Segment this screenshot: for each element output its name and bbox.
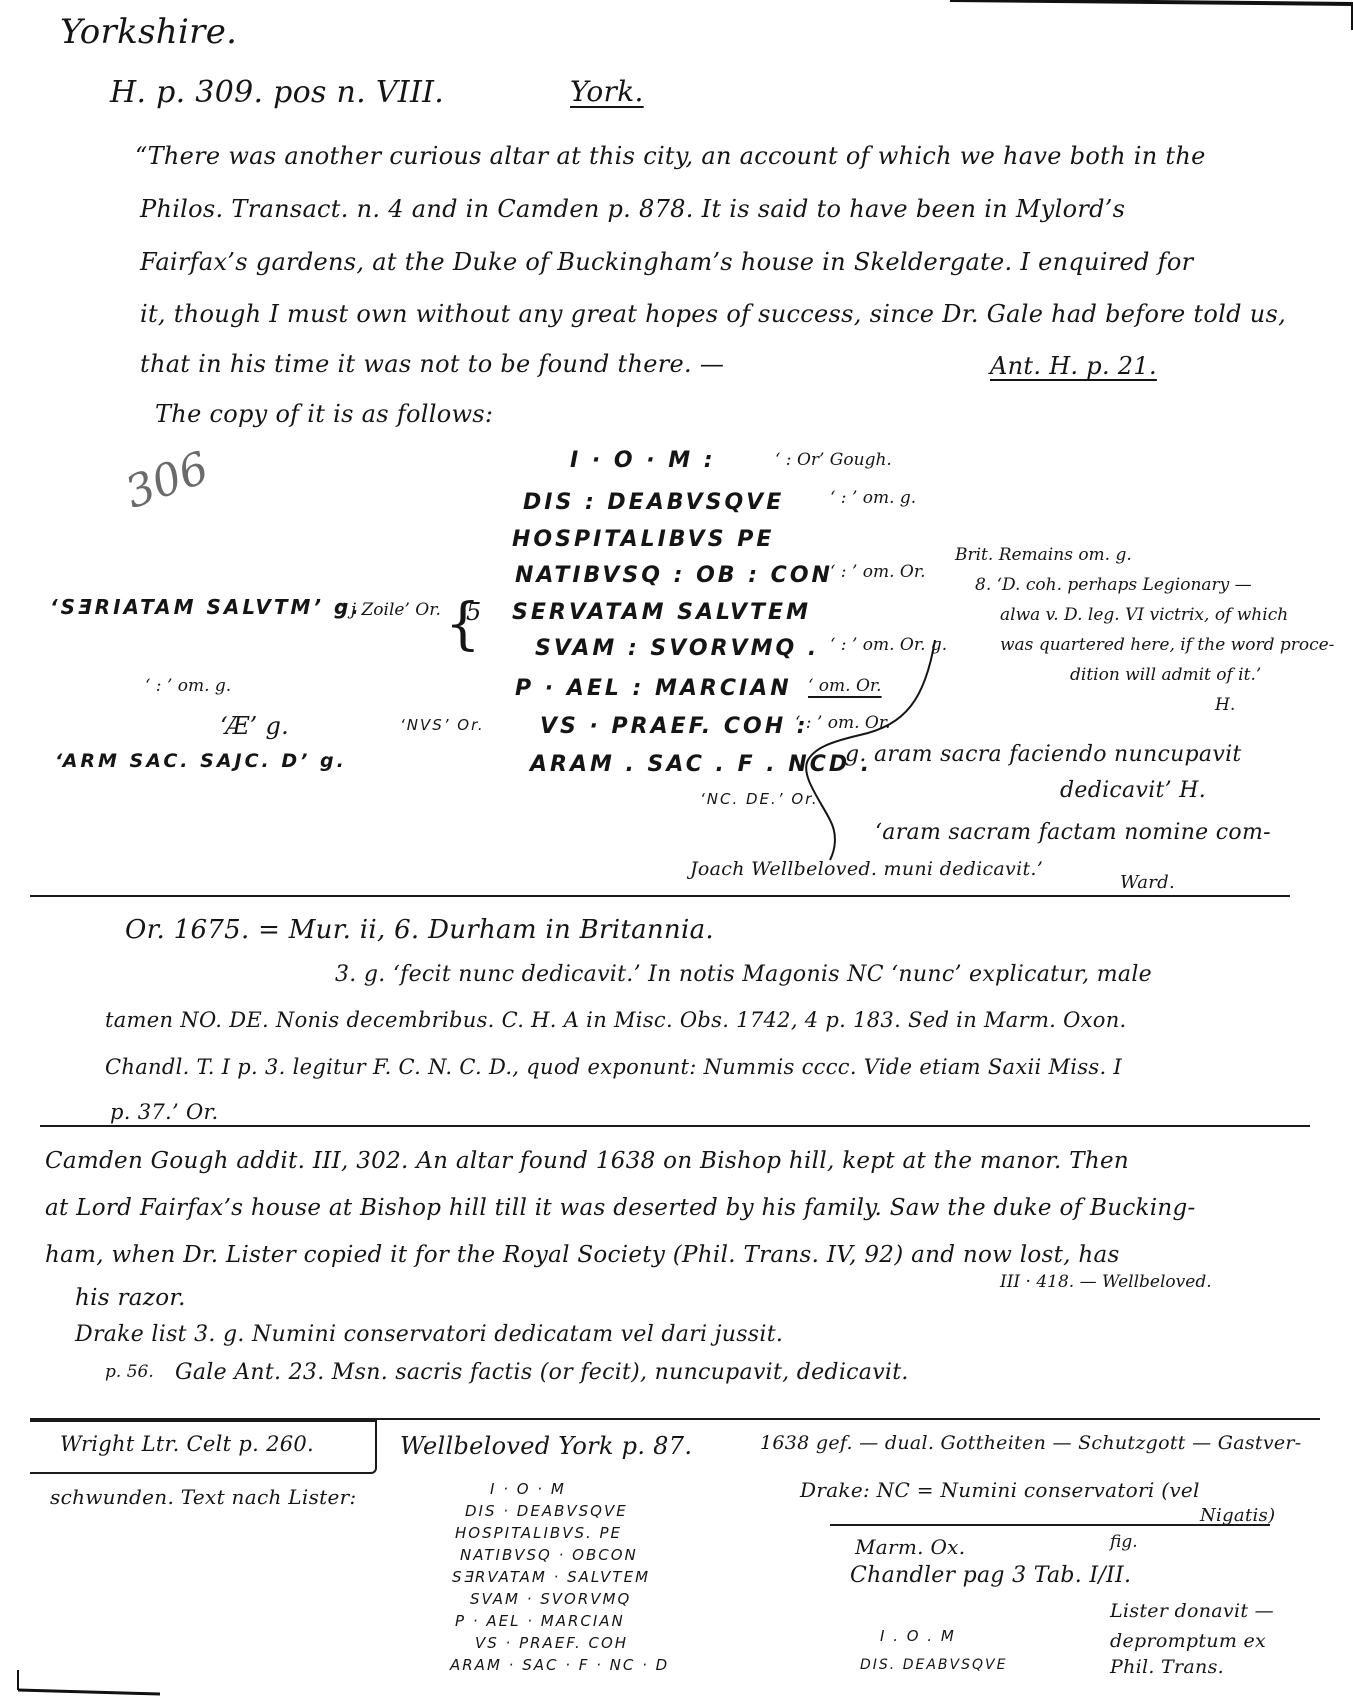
variant-servatam: ‘SƎRIATAM SALVTM’ g. [50,595,362,619]
inscription-line-4: NATIBVSQ : OB : CON [515,563,833,588]
annot-line-7: ‘ om. Or. [808,676,882,696]
lister-inscription-4: NATIBVSQ · OBCON [460,1546,638,1564]
chandler-ref: Chandler pag 3 Tab. I/II. [850,1563,1131,1588]
or-heading: Or. 1675. = Mur. ii, 6. Durham in Britan… [125,915,714,945]
lister-note-2: depromptum ex [1110,1630,1266,1652]
inscription-line-5: SERVATAM SALVTEM [512,600,811,625]
margin-note-6: H. [1215,695,1235,715]
annot-line-8: ‘ : ’ om. Or. [795,713,891,733]
reading-h-2: dedicavit’ H. [1060,778,1206,803]
annot-line-4: ‘ : ’ om. Or. [830,562,926,582]
quote-source: Ant. H. p. 21. [990,352,1157,380]
margin-note-5: dition will admit of it.’ [1070,665,1261,685]
divider-2 [40,1125,1310,1127]
camden-sub-note: III · 418. — Wellbeloved. [1000,1272,1212,1292]
variant-ae-g: ‘Æ’ g. [220,712,289,740]
wright-box [30,1420,377,1474]
county-heading: Yorkshire. [60,12,237,52]
note-1638: 1638 gef. — dual. Gottheiten — Schutzgot… [760,1432,1302,1454]
lister-inscription-2: DIS · DEABVSQVE [465,1502,628,1520]
quote-line-2: Philos. Transact. n. 4 and in Camden p. … [140,195,1125,223]
lister-note-1: Lister donavit — [1110,1600,1274,1622]
inscription-line-3: HOSPITALIBVS PE [512,527,774,552]
drake-line: Drake list 3. g. Numini conservatori ded… [75,1322,783,1347]
quote-line-4: it, though I must own without any great … [140,300,1286,328]
variant-om-g: ‘ : ’ om. g. [145,676,231,696]
chandler-inscription-1: I . O . M [880,1627,956,1645]
margin-note-3: alwa v. D. leg. VI victrix, of which [1000,605,1288,625]
inscription-line-9: ARAM . SAC . F . NCD . [530,752,872,777]
camden-line-3: ham, when Dr. Lister copied it for the R… [45,1242,1120,1268]
margin-note-4: was quartered here, if the word proce- [1000,635,1334,655]
or-line-3: Chandl. T. I p. 3. legitur F. C. N. C. D… [105,1055,1122,1079]
schwunden-line: schwunden. Text nach Lister: [50,1485,357,1509]
variant-arm-sac: ‘ARM SAC. SAJC. D’ g. [55,750,347,772]
lister-inscription-1: I · O · M [490,1480,566,1498]
lister-inscription-5: SƎRVATAM · SALVTEM [452,1568,650,1586]
reading-ward-1: ‘aram sacram factam nomine com- [875,820,1271,845]
camden-line-2: at Lord Fairfax’s house at Bishop hill t… [45,1195,1196,1221]
annot-line-2: ‘ : ’ om. g. [830,488,916,508]
divider-1 [30,895,1290,897]
lister-inscription-3: HOSPITALIBVS. PE [455,1524,622,1542]
reference-text: H. p. 309. pos n. VIII. [110,75,444,110]
inscription-line-7: P · AEL : MARCIAN [515,676,792,701]
annot-line-6: ‘ : ’ om. Or. g. [830,635,947,655]
inscription-nc-de: ‘NC. DE.’ Or. [700,790,819,808]
quote-line-1: “There was another curious altar at this… [135,142,1206,170]
reading-ward-2: Joach Wellbeloved. muni dedicavit.’ [690,858,1043,880]
variant-nus-or: ‘NVS’ Or. [400,716,485,734]
or-line-4: p. 37.’ Or. [110,1100,218,1124]
variant-brace-num: 5 [466,598,482,626]
variant-zoile: ‘ j Zoile’ Or. [340,600,441,620]
marm-ox: Marm. Ox. [855,1535,965,1559]
drake-nc-2: Nigatis) [1200,1505,1275,1526]
inscription-line-2: DIS : DEABVSQVE [523,490,784,515]
drake-nc: Drake: NC = Numini conservatori (vel [800,1478,1200,1502]
gale-line: Gale Ant. 23. Msn. sacris factis (or fec… [175,1360,909,1385]
quote-line-5: that in his time it was not to be found … [140,350,724,378]
lister-inscription-7: P · AEL · MARCIAN [455,1612,625,1630]
inscription-line-1: I · O · M : [570,448,716,473]
lister-inscription-9: ARAM · SAC · F · NC · D [450,1656,669,1674]
reading-ward-sign: Ward. [1120,872,1175,893]
margin-note-1: Brit. Remains om. g. [955,545,1132,565]
fig-label: fig. [1110,1532,1138,1552]
or-line-2: tamen NO. DE. Nonis decembribus. C. H. A… [105,1008,1127,1032]
margin-note-2: 8. ‘D. coh. perhaps Legionary — [975,575,1252,595]
quote-line-6: The copy of it is as follows: [155,400,493,428]
reference-line: H. p. 309. pos n. VIII. [110,75,444,110]
chandler-inscription-2: DIS. DEABVSQVE [860,1657,1007,1673]
manuscript-page: Yorkshire. H. p. 309. pos n. VIII. York.… [0,0,1353,1697]
city-heading: York. [570,75,644,108]
inscription-line-6: SVAM : SVORVMQ . [535,636,819,661]
camden-line-1: Camden Gough addit. III, 302. An altar f… [45,1148,1129,1174]
lister-inscription-6: SVAM · SVORVMQ [470,1590,631,1608]
gale-page-ref: p. 56. [105,1362,154,1382]
camden-line-4: his razor. [75,1285,186,1311]
wellbeloved-ref: Wellbeloved York p. 87. [400,1432,692,1460]
quote-line-3: Fairfax’s gardens, at the Duke of Buckin… [140,248,1193,276]
lister-note-3: Phil. Trans. [1110,1656,1224,1678]
lister-inscription-8: VS · PRAEF. COH [475,1634,628,1652]
reading-h-1: g. aram sacra faciendo nuncupavit [845,742,1242,767]
annot-line-1: ‘ : Or’ Gough. [775,450,892,470]
divider-4 [830,1524,1270,1526]
margin-number: 306 [119,442,215,519]
or-line-1: 3. g. ‘fecit nunc dedicavit.’ In notis M… [335,962,1152,987]
inscription-line-8: VS · PRAEF. COH : [540,714,809,739]
